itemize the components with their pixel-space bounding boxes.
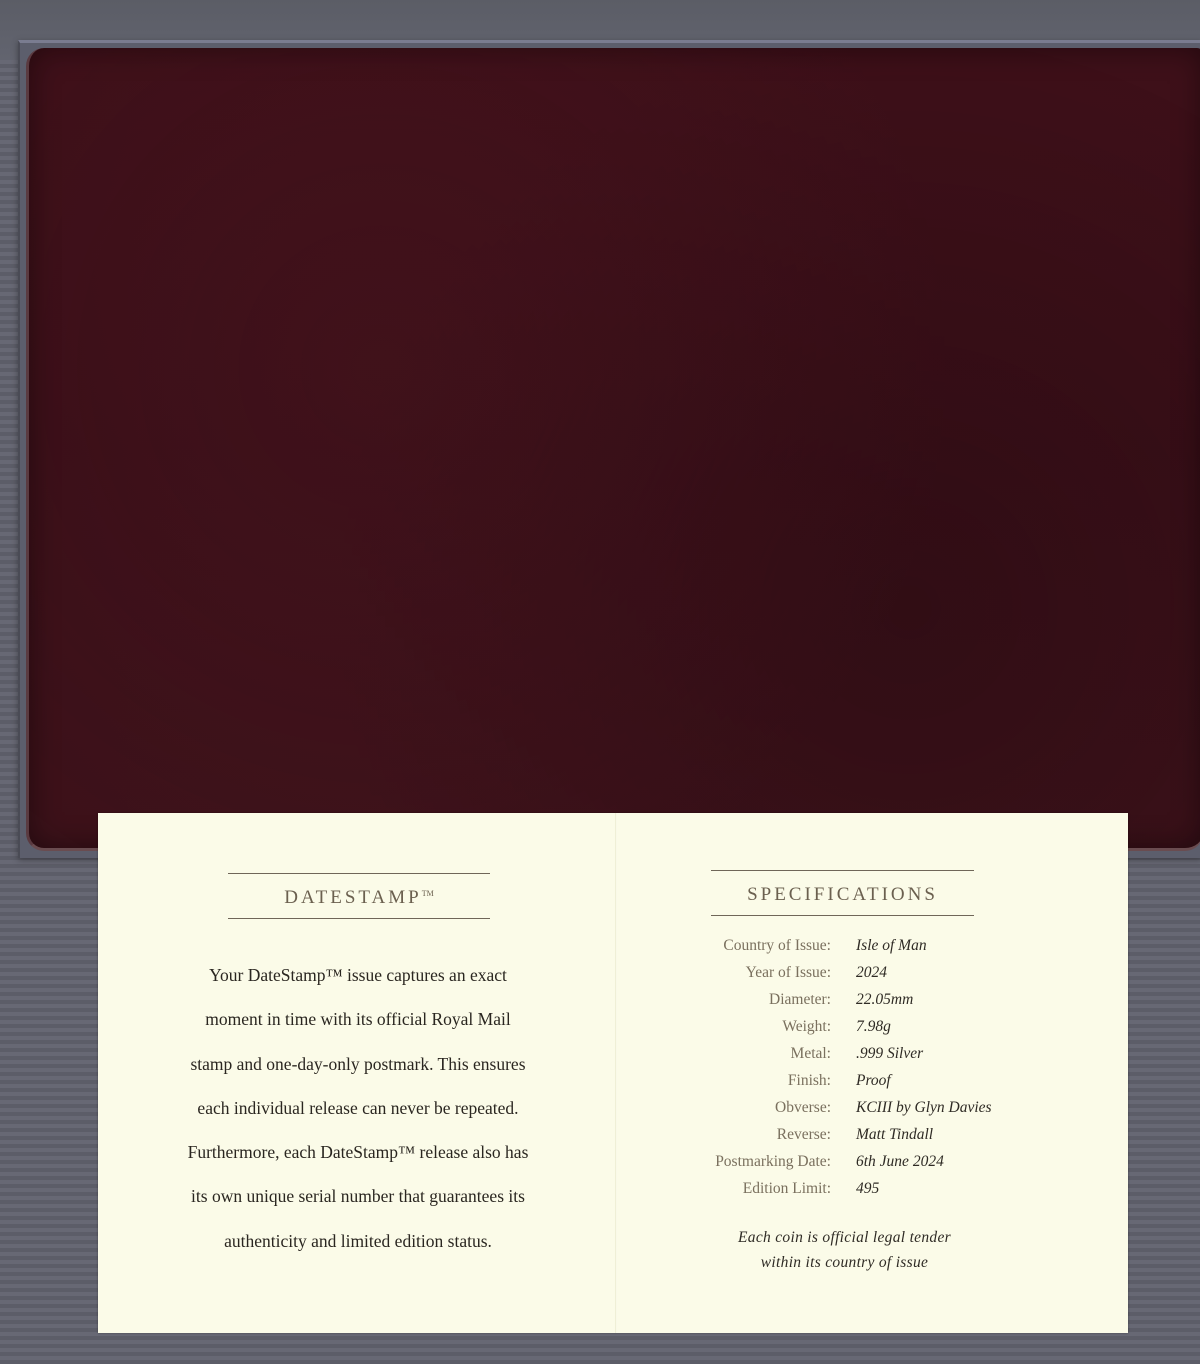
description-line: Your DateStamp™ issue captures an exact [148, 953, 568, 997]
certificate-card: DATESTAMPTM Your DateStamp™ issue captur… [98, 813, 1128, 1333]
spec-row: Reverse:Matt Tindall [677, 1122, 1107, 1149]
spec-label: Edition Limit: [677, 1180, 856, 1198]
spec-value: 6th June 2024 [856, 1153, 944, 1171]
description-line: moment in time with its official Royal M… [148, 997, 568, 1041]
spec-value: 495 [856, 1180, 879, 1198]
spec-row: Year of Issue:2024 [677, 959, 1107, 986]
legal-tender-note: Each coin is official legal tenderwithin… [657, 1225, 1032, 1275]
spec-row: Country of Issue:Isle of Man [677, 932, 1107, 959]
specifications-heading: SPECIFICATIONS [711, 871, 974, 915]
spec-row: Postmarking Date:6th June 2024 [677, 1149, 1107, 1176]
datestamp-heading-text: DATESTAMP [284, 887, 421, 908]
spec-value: 7.98g [856, 1018, 891, 1036]
specifications-panel: SPECIFICATIONS Country of Issue:Isle of … [617, 813, 1128, 1333]
heading-rule-bottom [228, 918, 490, 919]
description-line: authenticity and limited edition status. [148, 1219, 568, 1263]
description-line: stamp and one-day-only postmark. This en… [148, 1042, 568, 1086]
spec-value: Matt Tindall [856, 1126, 933, 1144]
specifications-list: Country of Issue:Isle of ManYear of Issu… [677, 932, 1107, 1203]
spec-row: Weight:7.98g [677, 1013, 1107, 1040]
spec-value: KCIII by Glyn Davies [856, 1099, 992, 1117]
spec-row: Edition Limit:495 [677, 1176, 1107, 1203]
spec-value: 2024 [856, 964, 887, 982]
spec-value: 22.05mm [856, 991, 913, 1009]
spec-label: Weight: [677, 1018, 856, 1036]
description-line: Furthermore, each DateStamp™ release als… [148, 1130, 568, 1174]
description-line: its own unique serial number that guaran… [148, 1174, 568, 1218]
datestamp-panel: DATESTAMPTM Your DateStamp™ issue captur… [98, 813, 615, 1333]
velvet-lid [26, 48, 1200, 851]
datestamp-description: Your DateStamp™ issue captures an exactm… [148, 953, 568, 1263]
trademark-mark: TM [422, 889, 434, 898]
spec-label: Postmarking Date: [677, 1153, 856, 1171]
spec-value: Proof [856, 1072, 891, 1090]
spec-row: Diameter:22.05mm [677, 986, 1107, 1013]
spec-row: Finish:Proof [677, 1067, 1107, 1094]
spec-value: .999 Silver [856, 1045, 923, 1063]
spec-row: Obverse:KCIII by Glyn Davies [677, 1095, 1107, 1122]
spec-label: Metal: [677, 1045, 856, 1063]
spec-label: Year of Issue: [677, 964, 856, 982]
spec-value: Isle of Man [856, 937, 927, 955]
specifications-heading-block: SPECIFICATIONS [711, 870, 974, 916]
spec-label: Obverse: [677, 1099, 856, 1117]
spec-label: Reverse: [677, 1126, 856, 1144]
heading-rule-bottom [711, 915, 974, 916]
legal-line: within its country of issue [657, 1250, 1032, 1275]
spec-label: Finish: [677, 1072, 856, 1090]
velvet-texture [29, 48, 1200, 848]
spec-row: Metal:.999 Silver [677, 1040, 1107, 1067]
datestamp-heading-block: DATESTAMPTM [228, 873, 490, 919]
spec-label: Country of Issue: [677, 937, 856, 955]
description-line: each individual release can never be rep… [148, 1086, 568, 1130]
spec-label: Diameter: [677, 991, 856, 1009]
legal-line: Each coin is official legal tender [657, 1225, 1032, 1250]
datestamp-heading: DATESTAMPTM [228, 874, 490, 918]
